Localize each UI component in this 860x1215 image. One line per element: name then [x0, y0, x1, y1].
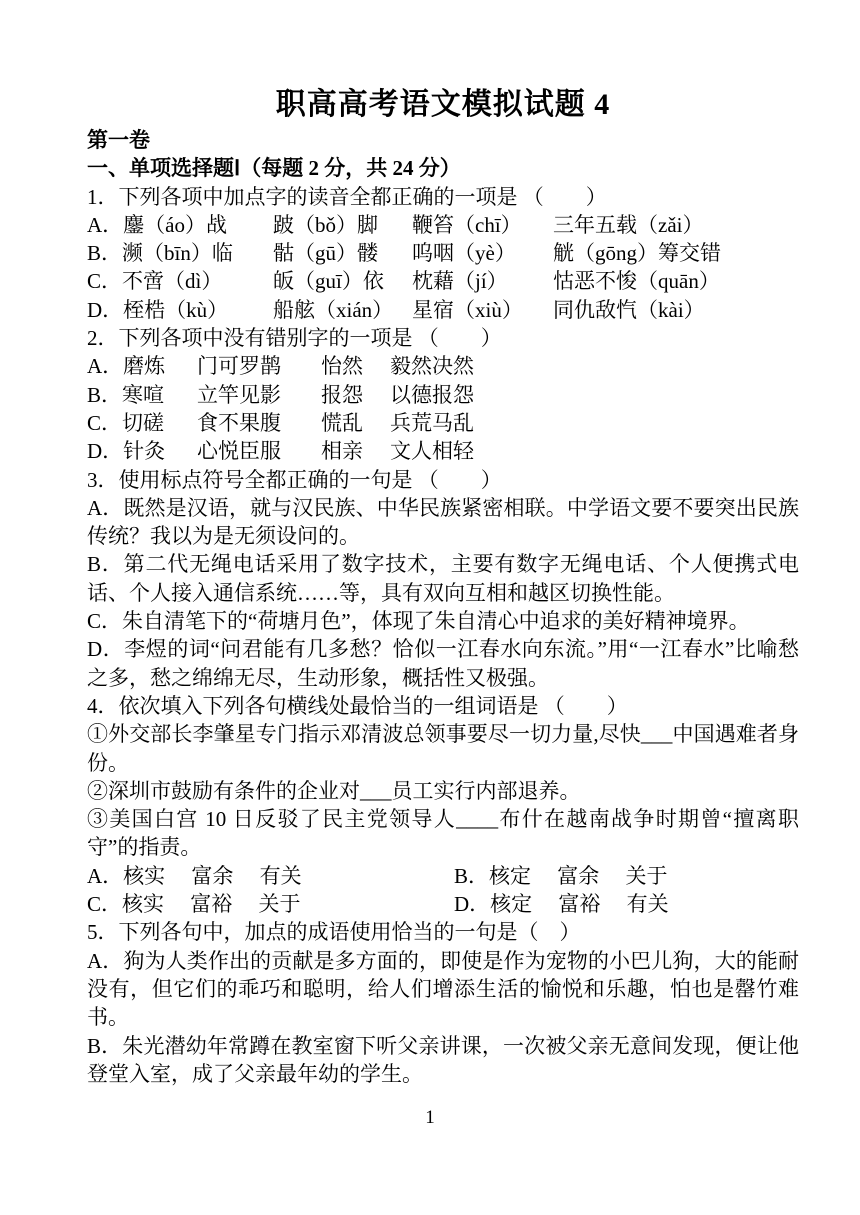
- q1-c-col3: 枕藉（jí）: [412, 267, 553, 295]
- q1-d-col1: D．桎梏（kù）: [87, 296, 273, 324]
- q4-option-d: D．核定 富裕 有关: [454, 890, 799, 918]
- q1-a-col2: 跛（bǒ）脚: [273, 211, 412, 239]
- q2-stem: 2．下列各项中没有错别字的一项是 （ ）: [87, 324, 799, 352]
- q1-b-col3: 呜咽（yè）: [412, 239, 553, 267]
- q3-option-c: C．朱自清笔下的“荷塘月色”，体现了朱自清心中追求的美好精神境界。: [87, 607, 799, 635]
- q4-option-a: A．核实 富余 有关: [87, 862, 454, 890]
- volume-heading: 第一卷: [87, 126, 799, 154]
- q4-options: A．核实 富余 有关 B．核定 富余 关于 C．核实 富裕 关于 D．核定 富裕…: [87, 862, 799, 919]
- q4-option-c: C．核实 富裕 关于: [87, 890, 454, 918]
- q1-b-col2: 骷（gū）髅: [273, 239, 412, 267]
- q4-option-b: B．核定 富余 关于: [454, 862, 799, 890]
- q5-option-a: A．狗为人类作出的贡献是多方面的，即使是作为宠物的小巴儿狗，大的能耐没有，但它们…: [87, 947, 799, 1032]
- q2-d-col1: D．针灸: [87, 437, 197, 465]
- q1-d-col4: 同仇敌忾（kài）: [553, 296, 799, 324]
- q1-stem: 1．下列各项中加点字的读音全都正确的一项是 （ ）: [87, 183, 799, 211]
- q2-a-col1: A．磨炼: [87, 352, 197, 380]
- q1-a-col1: A．鏖（áo）战: [87, 211, 273, 239]
- q3-option-d: D．李煜的词“问君能有几多愁？恰似一江春水向东流。”用“一江春水”比喻愁之多，愁…: [87, 635, 799, 692]
- q4-stem: 4．依次填入下列各句横线处最恰当的一组词语是 （ ）: [87, 692, 799, 720]
- q5-option-b: B．朱光潜幼年常蹲在教室窗下听父亲讲课，一次被父亲无意间发现，便让他登堂入室，成…: [87, 1032, 799, 1089]
- q2-d-col2: 心悦臣服: [197, 437, 321, 465]
- exam-title: 职高高考语文模拟试题 4: [87, 84, 799, 126]
- q2-a-col4: 毅然决然: [390, 352, 799, 380]
- q1-d-col3: 星宿（xiù）: [412, 296, 553, 324]
- q4-item-1: ①外交部长李肇星专门指示邓清波总领事要尽一切力量,尽快___中国遇难者身份。: [87, 720, 799, 777]
- q1-a-col4: 三年五载（zǎi）: [553, 211, 799, 239]
- q2-options: A．磨炼 门可罗鹊 怡然 毅然决然 B．寒喧 立竿见影 报怨 以德报怨 C．切磋…: [87, 352, 799, 465]
- exam-page: 职高高考语文模拟试题 4 第一卷 一、单项选择题Ⅰ（每题 2 分，共 24 分）…: [0, 0, 860, 1215]
- q2-c-col4: 兵荒马乱: [390, 409, 799, 437]
- q2-b-col2: 立竿见影: [197, 381, 321, 409]
- q3-stem: 3．使用标点符号全都正确的一句是 （ ）: [87, 466, 799, 494]
- q1-d-col2: 船舷（xián）: [273, 296, 412, 324]
- q2-c-col3: 慌乱: [321, 409, 390, 437]
- q1-b-col4: 觥（gōng）筹交错: [553, 239, 799, 267]
- q2-d-col3: 相亲: [321, 437, 390, 465]
- document-body: 职高高考语文模拟试题 4 第一卷 一、单项选择题Ⅰ（每题 2 分，共 24 分）…: [87, 84, 799, 1088]
- q1-options: A．鏖（áo）战 跛（bǒ）脚 鞭笞（chī） 三年五载（zǎi） B．濒（bī…: [87, 211, 799, 324]
- q2-a-col2: 门可罗鹊: [197, 352, 321, 380]
- q1-c-col4: 怙恶不悛（quān）: [553, 267, 799, 295]
- q5-stem: 5．下列各句中，加点的成语使用恰当的一句是（ ）: [87, 918, 799, 946]
- q4-item-3: ③美国白宫 10 日反驳了民主党领导人____布什在越南战争时期曾“擅离职守”的…: [87, 805, 799, 862]
- q2-a-col3: 怡然: [321, 352, 390, 380]
- q3-option-a: A．既然是汉语，就与汉民族、中华民族紧密相联。中学语文要不要突出民族传统？我以为…: [87, 494, 799, 551]
- q2-b-col1: B．寒喧: [87, 381, 197, 409]
- q1-a-col3: 鞭笞（chī）: [412, 211, 553, 239]
- q1-c-col1: C．不啻（dì）: [87, 267, 273, 295]
- q1-c-col2: 皈（guī）依: [273, 267, 412, 295]
- q2-c-col2: 食不果腹: [197, 409, 321, 437]
- q2-b-col4: 以德报怨: [390, 381, 799, 409]
- q4-item-2: ②深圳市鼓励有条件的企业对___员工实行内部退养。: [87, 777, 799, 805]
- page-number: 1: [0, 1106, 860, 1130]
- q2-d-col4: 文人相轻: [390, 437, 799, 465]
- q2-b-col3: 报怨: [321, 381, 390, 409]
- q3-option-b: B．第二代无绳电话采用了数字技术，主要有数字无绳电话、个人便携式电话、个人接入通…: [87, 550, 799, 607]
- q2-c-col1: C．切磋: [87, 409, 197, 437]
- section-heading: 一、单项选择题Ⅰ（每题 2 分，共 24 分）: [87, 154, 799, 182]
- q1-b-col1: B．濒（bīn）临: [87, 239, 273, 267]
